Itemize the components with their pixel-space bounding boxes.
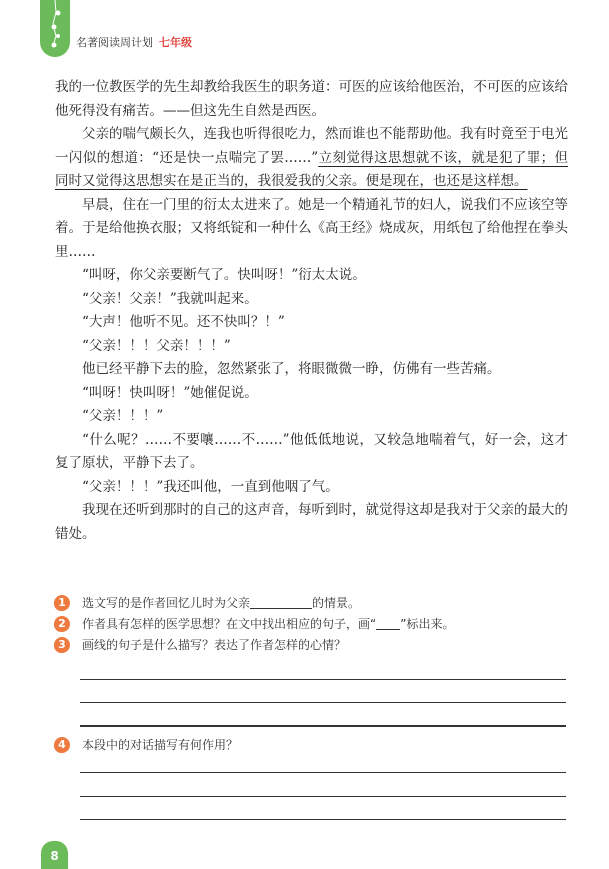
paragraph: “父亲！！！父亲！！！”: [55, 335, 568, 359]
questions: 1 选文写的是作者回忆儿时为父亲的情景。 2 作者具有怎样的医学思想？在文中找出…: [54, 592, 568, 655]
branch-icon: [40, 0, 70, 57]
answer-line[interactable]: [80, 819, 566, 820]
paragraph: 我现在还听到那时的自己的这声音，每听到时，就觉得这却是我对于父亲的最大的错处。: [55, 499, 568, 546]
paragraph: 早晨，住在一门里的衍太太进来了。她是一个精通礼节的妇人，说我们不应该空等着。于是…: [55, 194, 568, 265]
passage: 我的一位教医学的先生却教给我医生的职务道：可医的应该给他医治，不可医的应该给他死…: [55, 76, 568, 546]
question-2: 2 作者具有怎样的医学思想？在文中找出相应的句子，画“”标出来。: [54, 613, 568, 634]
questions-cont: 4 本段中的对话描写有何作用？: [54, 734, 568, 755]
paragraph: “父亲！父亲！”我就叫起来。: [55, 288, 568, 312]
question-1: 1 选文写的是作者回忆儿时为父亲的情景。: [54, 592, 568, 613]
book-title: 名著阅读周计划: [76, 36, 153, 49]
grade-label: 七年级: [159, 36, 192, 49]
number-badge: 2: [54, 616, 70, 632]
paragraph: “父亲！！！”: [55, 405, 568, 429]
answer-blank[interactable]: [250, 596, 312, 609]
paragraph: “父亲！！！”我还叫他，一直到他咽了气。: [55, 476, 568, 500]
paragraph: “大声！他听不见。还不快叫？！”: [55, 311, 568, 335]
page-number: 8: [41, 841, 68, 869]
question-3: 3 画线的句子是什么描写？表达了作者怎样的心情？: [54, 634, 568, 655]
answer-line[interactable]: [80, 679, 566, 680]
answer-line[interactable]: [80, 725, 566, 727]
paragraph: 父亲的喘气颇长久，连我也听得很吃力，然而谁也不能帮助他。我有时竟至于电光一闪似的…: [55, 123, 568, 194]
number-badge: 4: [54, 737, 70, 753]
paragraph: “叫呀！快叫呀！”她催促说。: [55, 382, 568, 406]
number-badge: 3: [54, 637, 70, 653]
answer-line[interactable]: [80, 772, 566, 773]
header-tab-decoration: [40, 0, 70, 57]
answer-line[interactable]: [80, 702, 566, 703]
page-header: 名著阅读周计划七年级: [76, 34, 192, 50]
paragraph: “什么呢？……不要嚷……不……”他低低地说，又较急地喘着气，好一会，这才复了原状…: [55, 429, 568, 476]
paragraph: “叫呀，你父亲要断气了。快叫呀！”衍太太说。: [55, 264, 568, 288]
paragraph: 他已经平静下去的脸，忽然紧张了，将眼微微一睁，仿佛有一些苦痛。: [55, 358, 568, 382]
paragraph: 我的一位教医学的先生却教给我医生的职务道：可医的应该给他医治，不可医的应该给他死…: [55, 76, 568, 123]
question-4: 4 本段中的对话描写有何作用？: [54, 734, 568, 755]
answer-line[interactable]: [80, 796, 566, 797]
number-badge: 1: [54, 595, 70, 611]
underline-sample: [376, 617, 400, 630]
